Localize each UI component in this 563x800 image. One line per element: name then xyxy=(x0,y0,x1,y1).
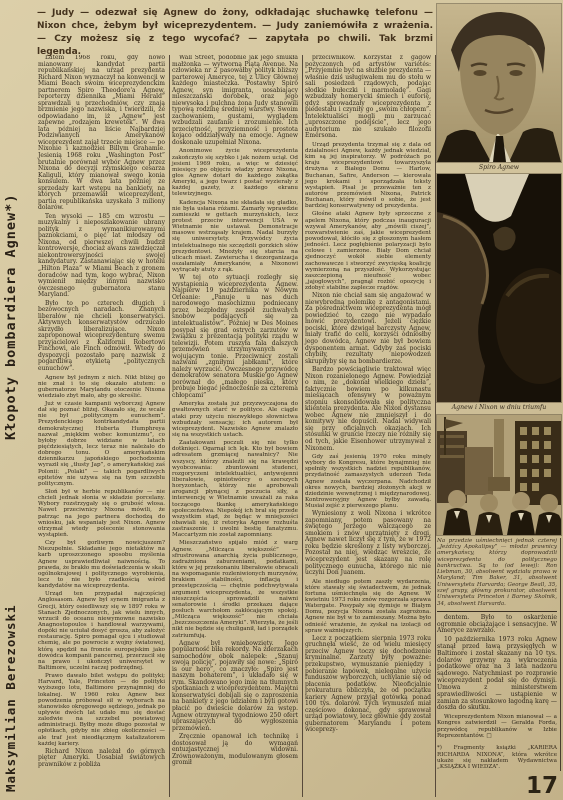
spiro-agnew-portrait-image xyxy=(437,4,561,162)
paragraph: W tej oto sytuacji rozległy się wystąpie… xyxy=(172,275,298,399)
paragraph: Lecz z początkiem sierpnia 1973 roku gru… xyxy=(305,636,431,734)
paragraph: Nixon nie chciał sam się angażować w nie… xyxy=(305,293,431,365)
paragraph: dentem. Było to oskarżenie ogromnie obci… xyxy=(437,615,557,635)
paragraph: Agnew był jednym z nich. Nikt bliżej go … xyxy=(38,375,165,400)
text-column-1: Latem 1968 roku, gdy nowo mianowany kand… xyxy=(36,55,169,797)
paragraph: Zaatakowani poczuli się nie tylko dotkni… xyxy=(172,440,298,538)
paragraph: Urząd ten przypadał najczęściej Anglosas… xyxy=(38,591,165,671)
paragraph: Urząd prezydenta trzymał się z dala od d… xyxy=(305,142,431,210)
photo-caption-agnew-nixon: Agnew i Nixon w dniu triumfu xyxy=(437,404,561,411)
lead-paragraph: — Judy — odezwał się Agnew do żony, odkł… xyxy=(37,7,433,59)
paragraph: Latem 1968 roku, gdy nowo mianowany kand… xyxy=(38,55,165,212)
left-masthead: Kłopoty bombardiera Agnew*) Maksymilian … xyxy=(0,0,34,800)
photo-prosecutors xyxy=(437,415,561,535)
paragraph: Zręcznie opanował ich technikę i dostoso… xyxy=(172,734,298,767)
footnote: *) Fragmenty książki „KARIERA RICHARDA N… xyxy=(437,745,557,771)
paragraph: Kadencja Nixona nie składała się gładko,… xyxy=(172,200,298,274)
paragraph: Ten wysoki — 185 cm wzrostu — muzykalny … xyxy=(38,214,165,299)
prosecutors-group-image xyxy=(437,415,561,535)
photo-caption-spiro-agnew: Spiro Agnew xyxy=(437,164,561,171)
paragraph: Agnew był wniebowzięty. Jego popularność… xyxy=(172,641,298,732)
column-four-text: Na przedzie uśmiechnięci jednak czterej … xyxy=(437,538,561,771)
photo-agnew-nixon xyxy=(437,174,561,402)
article-title-vertical: Kłopoty bombardiera Agnew*) xyxy=(3,58,19,440)
paragraph: Czy był gorliwym nowicjuszem? Niezupełni… xyxy=(38,540,165,589)
article-author-vertical: Maksymilian Berezowski xyxy=(3,452,18,792)
paragraph: Wiceprezydentem Nixon mianował — a Kongr… xyxy=(437,714,557,739)
section-divider xyxy=(437,611,557,612)
paragraph: 10 października 1973 roku Agnew stanął p… xyxy=(437,637,557,712)
paragraph: Mieszczaństwo spijało miód z warg Agnew.… xyxy=(172,540,298,638)
paragraph: Gdy zaś jesienią 1970 roku minęły wybory… xyxy=(305,454,431,509)
paragraph: Głośne ataki Agnew były sprzeczne z apel… xyxy=(305,211,431,291)
paragraph: Richard Nixon należał do górnych pięter … xyxy=(38,749,165,769)
paragraph: Anonimowe życie wiceprezydenta zakończył… xyxy=(172,148,298,197)
text-column-2: Wall Street, podobnie jak jego smukła ma… xyxy=(169,55,302,797)
paragraph: Już w czasie kampanii wyborczej Agnew da… xyxy=(38,401,165,487)
magazine-page: Kłopoty bombardiera Agnew*) Maksymilian … xyxy=(0,0,563,800)
paragraph: Słoń był w herbie republikanów — nie chc… xyxy=(38,489,165,538)
agnew-nixon-image xyxy=(437,174,561,402)
photo-column: Spiro Agnew Agnew i Nixon w dniu triumfu xyxy=(437,4,561,771)
paragraph: Prawo dawało bilet wstępu do polityki; H… xyxy=(38,673,165,747)
paragraph: Ameryka została już przyzwyczajona do gw… xyxy=(172,401,298,438)
photo-caption-prosecutors: Na przedzie uśmiechnięci jednak czterej … xyxy=(437,538,557,607)
page-number: 17 xyxy=(526,773,558,799)
paragraph: Bardzo powściągliwie traktował więc Nixo… xyxy=(305,367,431,452)
paragraph: przeciwników. Korzystał z gagów pożyczon… xyxy=(305,55,431,140)
text-column-3: przeciwników. Korzystał z gagów pożyczon… xyxy=(302,55,435,797)
photo-spiro-agnew xyxy=(437,4,561,162)
article-columns: Latem 1968 roku, gdy nowo mianowany kand… xyxy=(36,55,436,797)
paragraph: Wall Street, podobnie jak jego smukła ma… xyxy=(172,55,298,146)
paragraph: Ale niedługo potem zaszły wydarzenia, kt… xyxy=(305,579,431,634)
article-conclusion: dentem. Było to oskarżenie ogromnie obci… xyxy=(437,615,557,739)
paragraph: Było to po czterech długich i bezowocnyc… xyxy=(38,301,165,373)
paragraph: Wyniesiony z woli Nixona i wkrótce zapom… xyxy=(305,511,431,576)
